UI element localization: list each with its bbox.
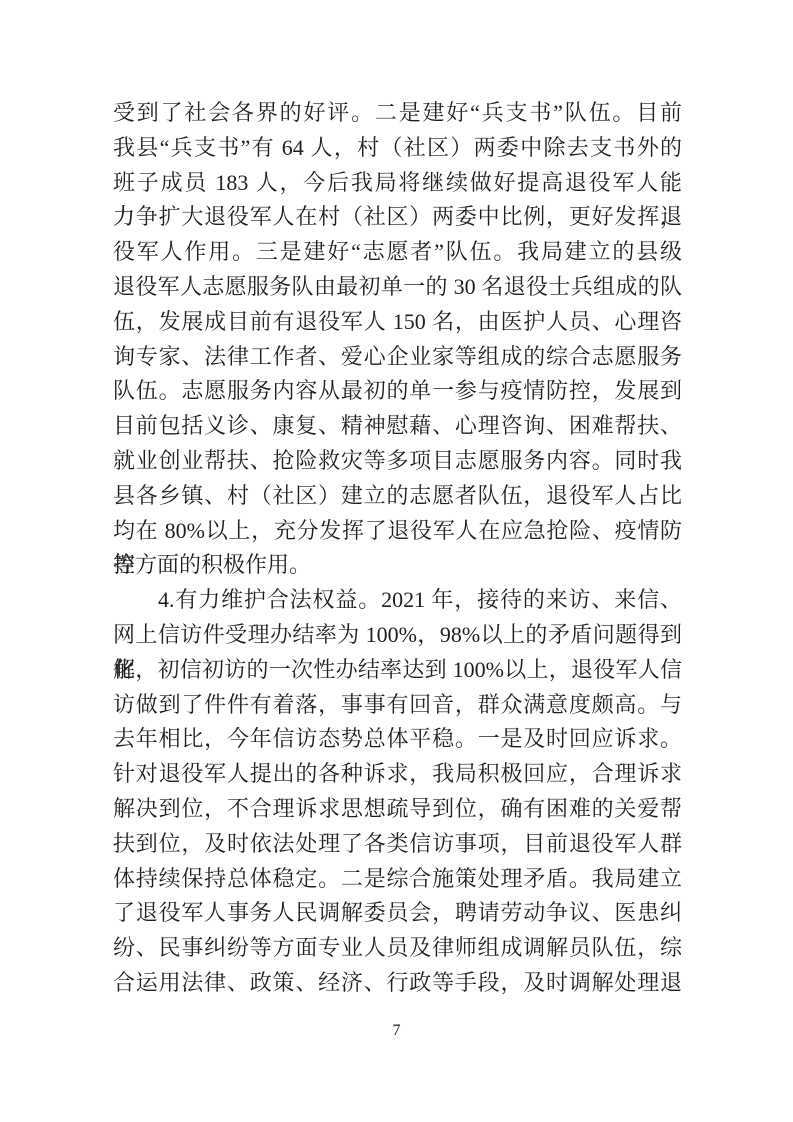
text-line: 了退役军人事务人民调解委员会，聘请劳动争议、医患纠 [113,896,682,931]
text-line: 4.有力维护合法权益。2021 年，接待的来访、来信、 [113,583,682,618]
text-line: 就业创业帮扶、抢险救灾等多项目志愿服务内容。同时我 [113,444,682,479]
text-line: 退役军人志愿服务队由最初单一的 30 名退役士兵组成的队 [113,270,682,305]
text-line: 受到了社会各界的好评。二是建好“兵支书”队伍。目前 [113,96,682,131]
document-page: 受到了社会各界的好评。二是建好“兵支书”队伍。目前我县“兵支书”有 64 人，村… [0,0,793,1122]
text-line: 我县“兵支书”有 64 人，村（社区）两委中除去支书外的 [113,131,682,166]
text-line: 均在 80%以上，充分发挥了退役军人在应急抢险、疫情防控 [113,514,682,549]
text-line: 解决到位，不合理诉求思想疏导到位，确有困难的关爱帮 [113,792,682,827]
text-line: 纷、民事纠纷等方面专业人员及律师组成调解员队伍，综 [113,931,682,966]
page-number: 7 [0,1022,793,1040]
text-line: 扶到位，及时依法处理了各类信访事项，目前退役军人群 [113,827,682,862]
text-line: 伍，发展成目前有退役军人 150 名，由医护人员、心理咨 [113,305,682,340]
text-line: 力争扩大退役军人在村（社区）两委中比例，更好发挥退 [113,200,682,235]
text-line: 访做到了件件有着落，事事有回音，群众满意度颇高。与 [113,688,682,723]
text-line: 合运用法律、政策、经济、行政等手段，及时调解处理退 [113,966,682,1001]
text-line: 目前包括义诊、康复、精神慰藉、心理咨询、困难帮扶、 [113,409,682,444]
text-line: 等方面的积极作用。 [113,548,682,583]
text-line: 班子成员 183 人，今后我局将继续做好提高退役军人能力， [113,166,682,201]
text-line: 解，初信初访的一次性办结率达到 100%以上，退役军人信 [113,653,682,688]
text-line: 网上信访件受理办结率为 100%，98%以上的矛盾问题得到化 [113,618,682,653]
body-text: 受到了社会各界的好评。二是建好“兵支书”队伍。目前我县“兵支书”有 64 人，村… [113,96,682,1001]
text-line: 队伍。志愿服务内容从最初的单一参与疫情防控，发展到 [113,374,682,409]
text-line: 体持续保持总体稳定。二是综合施策处理矛盾。我局建立 [113,862,682,897]
text-line: 针对退役军人提出的各种诉求，我局积极回应，合理诉求 [113,757,682,792]
text-line: 询专家、法律工作者、爱心企业家等组成的综合志愿服务 [113,340,682,375]
text-line: 县各乡镇、村（社区）建立的志愿者队伍，退役军人占比 [113,479,682,514]
text-line: 役军人作用。三是建好“志愿者”队伍。我局建立的县级 [113,235,682,270]
text-line: 去年相比，今年信访态势总体平稳。一是及时回应诉求。 [113,722,682,757]
